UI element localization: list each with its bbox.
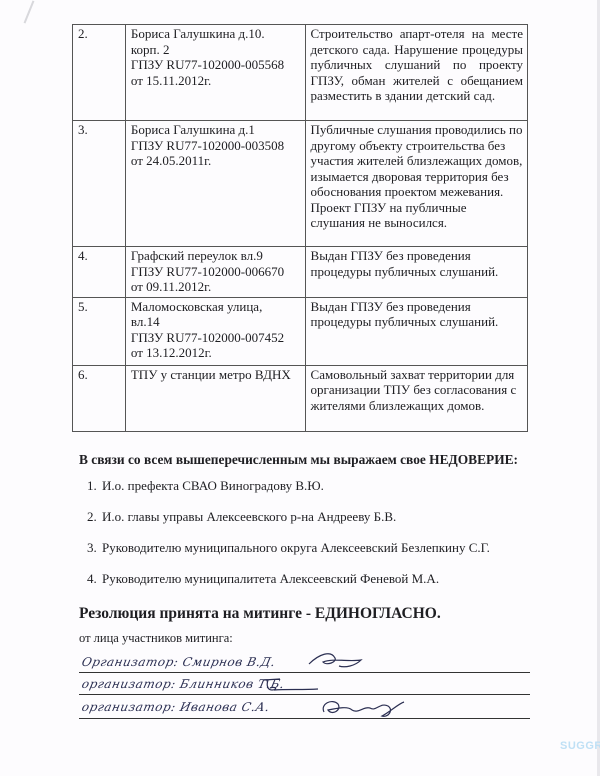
distrust-item: И.о. главы управы Алексеевского р-на Анд… — [100, 509, 490, 540]
fold-mark — [24, 0, 35, 23]
distrust-item: И.о. префекта СВАО Виноградову В.Ю. — [100, 478, 490, 509]
table-row: 2. Бориса Галушкина д.10. корп. 2 ГПЗУ R… — [73, 25, 528, 121]
row-address: ТПУ у станции метро ВДНХ — [125, 365, 305, 431]
row-description: Самовольный захват территории для органи… — [305, 365, 527, 431]
watermark: SUGGRAD — [560, 740, 600, 752]
distrust-item: Руководителю муниципального округа Алекс… — [100, 540, 490, 571]
row-address: Маломосковская улица, вл.14 ГПЗУ RU77-10… — [125, 297, 305, 365]
row-description: Выдан ГПЗУ без проведения процедуры публ… — [305, 297, 527, 365]
on-behalf-label: от лица участников митинга: — [79, 631, 233, 646]
signature-scribble-icon — [262, 676, 322, 696]
table-row: 5. Маломосковская улица, вл.14 ГПЗУ RU77… — [73, 297, 528, 365]
row-number: 3. — [73, 121, 126, 247]
table-row: 6. ТПУ у станции метро ВДНХ Самовольный … — [73, 365, 528, 431]
row-description: Публичные слушания проводились по другом… — [305, 121, 527, 247]
signature-line — [79, 672, 530, 673]
violations-table: 2. Бориса Галушкина д.10. корп. 2 ГПЗУ R… — [72, 24, 528, 432]
signature-handwriting: Организатор: Смирнов В.Д. — [81, 655, 277, 669]
signature-scribble-icon — [318, 696, 408, 722]
table-row: 4. Графский переулок вл.9 ГПЗУ RU77-1020… — [73, 247, 528, 298]
row-description: Строительство апарт-отеля на месте детск… — [305, 25, 527, 121]
distrust-item: Руководителю муниципалитета Алексеевский… — [100, 571, 490, 602]
row-number: 5. — [73, 297, 126, 365]
row-number: 4. — [73, 247, 126, 298]
signature-scribble-icon — [305, 648, 365, 672]
row-description: Выдан ГПЗУ без проведения процедуры публ… — [305, 247, 527, 298]
table-row: 3. Бориса Галушкина д.1 ГПЗУ RU77-102000… — [73, 121, 528, 247]
distrust-list: И.о. префекта СВАО Виноградову В.Ю. И.о.… — [78, 478, 490, 602]
row-address: Бориса Галушкина д.10. корп. 2 ГПЗУ RU77… — [125, 25, 305, 121]
signature-handwriting: организатор: Иванова С.А. — [81, 700, 272, 714]
row-address: Бориса Галушкина д.1 ГПЗУ RU77-102000-00… — [125, 121, 305, 247]
row-number: 6. — [73, 365, 126, 431]
resolution-title: Резолюция принята на митинге - ЕДИНОГЛАС… — [79, 605, 441, 623]
distrust-heading: В связи со всем вышеперечисленным мы выр… — [79, 452, 518, 468]
signature-handwriting: организатор: Блинников Т.Б. — [81, 677, 286, 691]
signature-line — [79, 718, 530, 719]
row-address: Графский переулок вл.9 ГПЗУ RU77-102000-… — [125, 247, 305, 298]
row-number: 2. — [73, 25, 126, 121]
